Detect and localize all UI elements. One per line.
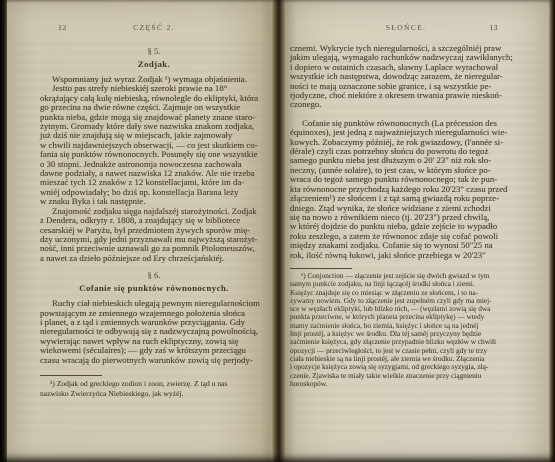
section-5-title: Zodjak. xyxy=(40,59,268,69)
paragraph-secular: Ruchy ciał niebieskich ulegają pewnym ni… xyxy=(40,299,268,365)
paragraph-dendera: Znajomość zodjaku sięga najdalszéj staro… xyxy=(40,207,268,263)
left-page-number: 12 xyxy=(58,23,67,32)
section-6-title: Cofanie się punktów równonocnych. xyxy=(40,283,268,293)
section-6-mark: § 6. xyxy=(40,270,268,280)
right-running-head-text: SŁOŃCE. xyxy=(386,23,427,32)
section-5-mark: § 5. xyxy=(40,46,268,56)
right-running-header: SŁOŃCE. 13 xyxy=(290,23,522,35)
left-running-head-text: CZĘŚĆ 2. xyxy=(133,23,175,32)
paragraph-precession: Cofanie się punktów równonocnych (La pré… xyxy=(290,119,522,260)
right-page-number: 13 xyxy=(489,23,498,32)
paragraph-continuation: cznemi. Wykrycie tych nieregularności, a… xyxy=(290,44,522,110)
book-gutter xyxy=(271,0,285,462)
book-left-edge xyxy=(0,0,7,462)
left-page-content: 12 CZĘŚĆ 2. § 5. Zodjak. Wspomniany już … xyxy=(7,0,271,398)
right-page-content: SŁOŃCE. 13 cznemi. Wykrycie tych nieregu… xyxy=(285,0,549,388)
book-right-edge xyxy=(549,0,555,462)
left-page: 12 CZĘŚĆ 2. § 5. Zodjak. Wspomniany już … xyxy=(7,0,271,462)
right-page: SŁOŃCE. 13 cznemi. Wykrycie tych nieregu… xyxy=(285,0,549,462)
left-running-header: 12 CZĘŚĆ 2. xyxy=(40,23,268,35)
paragraph-zodiac: Jestto pas strefy niebieskiéj szeroki pr… xyxy=(40,84,268,206)
book-scan: 12 CZĘŚĆ 2. § 5. Zodjak. Wspomniany już … xyxy=(0,0,555,462)
left-footnote: ¹) Zodjak od greckiego zodion i zoon, zw… xyxy=(40,379,268,398)
right-footnote-rule xyxy=(290,268,352,269)
left-footnote-rule xyxy=(40,375,102,376)
right-footnote: ¹) Conjonction — złączenie jest zejście … xyxy=(290,272,522,388)
